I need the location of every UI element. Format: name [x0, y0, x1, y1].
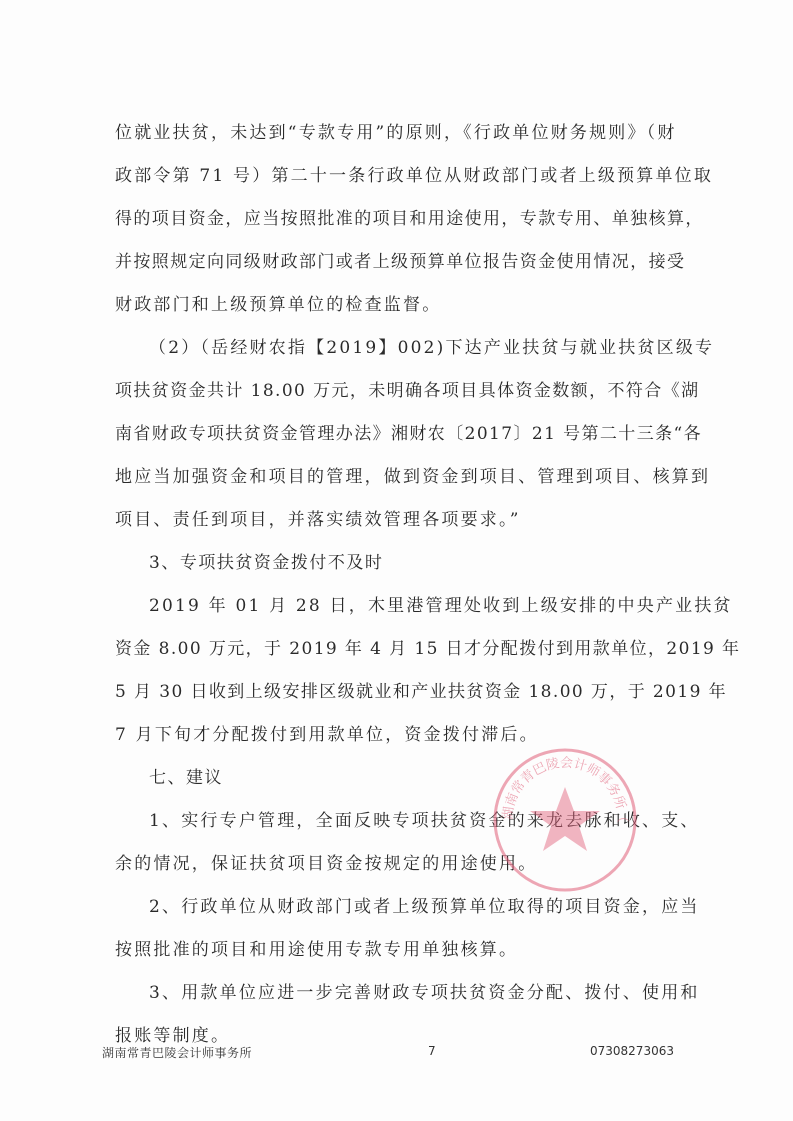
page-number: 7 — [428, 1044, 436, 1058]
paragraph-start-line: 2、行政单位从财政部门或者上级预算单位取得的项目资金，应当 — [115, 886, 685, 929]
text-line: 南省财政专项扶贫资金管理办法》湘财农〔2017〕21 号第二十三条“各 — [115, 413, 685, 456]
document-page: 位就业扶贫，未达到“专款专用”的原则，《行政单位财务规则》（财 政部令第 71 … — [0, 0, 793, 1121]
text-line: 并按照规定向同级财政部门或者上级预算单位报告资金使用情况，接受 — [115, 241, 685, 284]
section-heading: 3、专项扶贫资金拨付不及时 — [115, 542, 685, 585]
text-line: 5 月 30 日收到上级安排区级就业和产业扶贫资金 18.00 万，于 2019… — [115, 671, 685, 714]
text-line: 政部令第 71 号）第二十一条行政单位从财政部门或者上级预算单位取 — [115, 155, 685, 198]
paragraph-start-line: （2）（岳经财农指【2019】002)下达产业扶贫与就业扶贫区级专 — [115, 327, 685, 370]
text-line: 位就业扶贫，未达到“专款专用”的原则，《行政单位财务规则》（财 — [115, 112, 685, 155]
page-footer: 湖南常青巴陵会计师事务所 7 07308273063 — [0, 1044, 793, 1064]
text-line: 得的项目资金，应当按照批准的项目和用途使用，专款专用、单独核算， — [115, 198, 685, 241]
paragraph-start-line: 3、用款单位应进一步完善财政专项扶贫资金分配、拨付、使用和 — [115, 972, 685, 1015]
text-line: 项扶贫资金共计 18.00 万元，未明确各项目具体资金数额，不符合《湖 — [115, 370, 685, 413]
paragraph-start-line: 1、实行专户管理，全面反映专项扶贫资金的来龙去脉和收、支、 — [115, 800, 685, 843]
text-line: 7 月下旬才分配拨付到用款单位，资金拨付滞后。 — [115, 714, 685, 757]
text-line: 资金 8.00 万元，于 2019 年 4 月 15 日才分配拨付到用款单位，2… — [115, 628, 685, 671]
text-line: 项目、责任到项目，并落实绩效管理各项要求。” — [115, 499, 685, 542]
text-line: 余的情况，保证扶贫项目资金按规定的用途使用。 — [115, 843, 685, 886]
document-body: 位就业扶贫，未达到“专款专用”的原则，《行政单位财务规则》（财 政部令第 71 … — [115, 112, 685, 1058]
text-line: 按照批准的项目和用途使用专款专用单独核算。 — [115, 929, 685, 972]
text-line: 财政部门和上级预算单位的检查监督。 — [115, 284, 685, 327]
section-heading: 七、建议 — [115, 757, 685, 800]
footer-firm-name: 湖南常青巴陵会计师事务所 — [102, 1044, 252, 1061]
footer-phone: 07308273063 — [590, 1044, 674, 1058]
paragraph-start-line: 2019 年 01 月 28 日，木里港管理处收到上级安排的中央产业扶贫 — [115, 585, 685, 628]
text-line: 地应当加强资金和项目的管理，做到资金到项目、管理到项目、核算到 — [115, 456, 685, 499]
